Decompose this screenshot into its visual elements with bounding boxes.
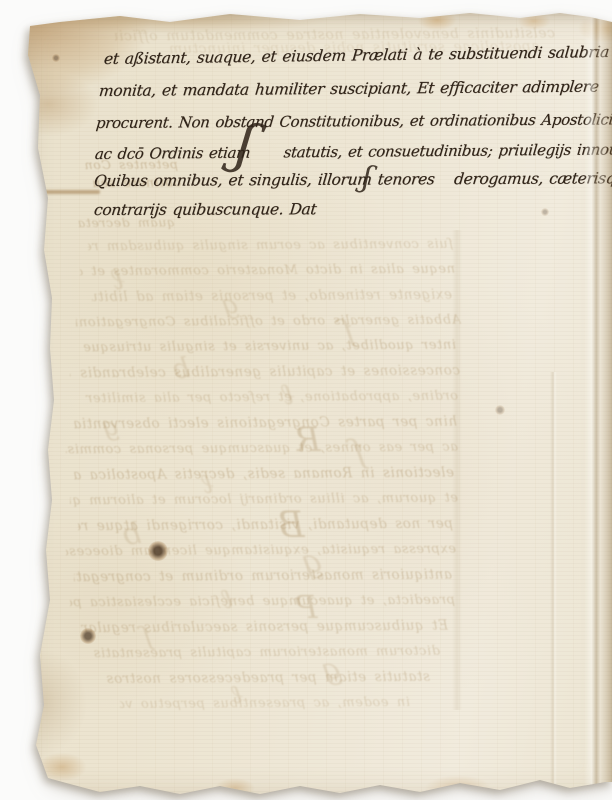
handwritten-line: procurent. Non obstand Constitutionibus,… (95, 110, 612, 132)
handwritten-line: Quibus omnibus, et singulis, illorum ten… (93, 169, 612, 190)
handwriting-layer: et aßistant, suaque, et eiusdem Prælati … (22, 12, 612, 800)
handwritten-line: et aßistant, suaque, et eiusdem Prælati … (103, 43, 610, 68)
handwritten-line: contrarijs quibuscunque. Dat (93, 200, 317, 219)
handwritten-line: ac dcō Ordinis etiam statutis, et consue… (94, 140, 612, 163)
handwritten-line: monita, et mandata humiliter suscipiant,… (98, 78, 599, 100)
page-shadow: celsitudinis benevolentiae nostrae comme… (22, 12, 612, 800)
manuscript-page: celsitudinis benevolentiae nostrae comme… (22, 12, 612, 800)
scan-background: celsitudinis benevolentiae nostrae comme… (0, 0, 612, 800)
fox-spot (19, 418, 35, 434)
